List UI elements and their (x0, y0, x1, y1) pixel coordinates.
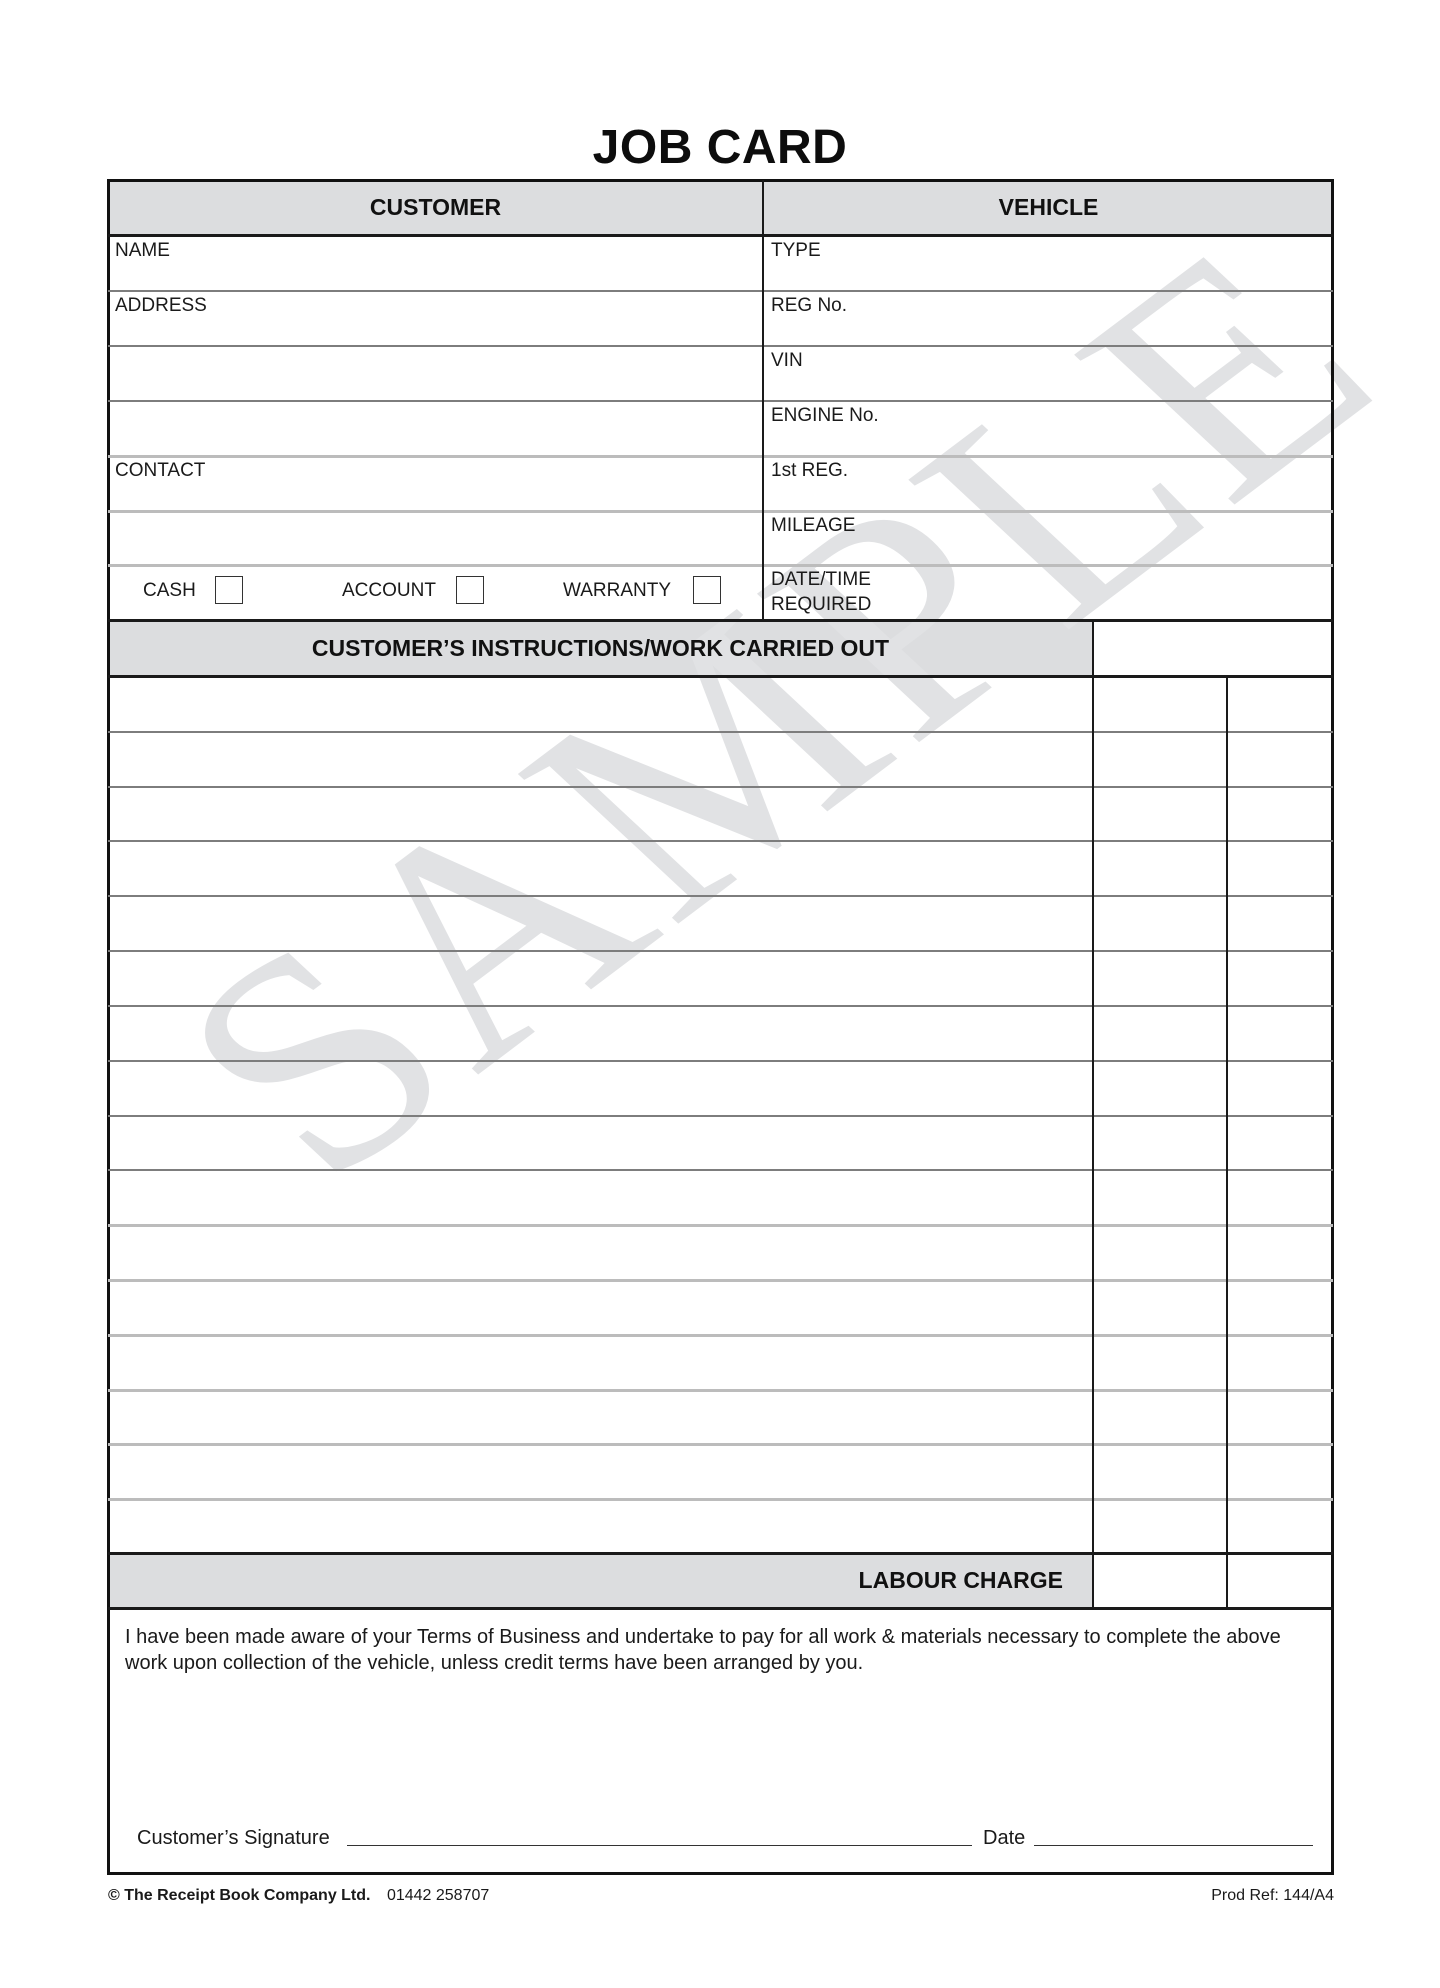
work-row[interactable] (110, 1500, 1092, 1551)
field-first-reg[interactable]: 1st REG. (771, 460, 848, 482)
row-divider (108, 455, 1333, 458)
row-divider (108, 400, 1333, 402)
amount-column-divider (1092, 621, 1094, 1608)
field-reg-no[interactable]: REG No. (771, 295, 847, 317)
field-vin[interactable]: VIN (771, 350, 803, 372)
work-row[interactable] (110, 1391, 1092, 1442)
row-divider (108, 345, 1333, 347)
warranty-label: WARRANTY (563, 580, 671, 602)
labour-bottom-divider (108, 1607, 1333, 1610)
section-divider (108, 619, 1333, 622)
field-name[interactable]: NAME (115, 240, 170, 262)
work-row[interactable] (110, 1171, 1092, 1222)
work-row[interactable] (110, 1281, 1092, 1332)
field-engine-no[interactable]: ENGINE No. (771, 405, 879, 427)
work-row[interactable] (110, 1007, 1092, 1058)
page-title: JOB CARD (0, 120, 1440, 175)
row-divider (108, 564, 1333, 567)
customer-vehicle-divider (762, 180, 764, 620)
work-row[interactable] (110, 733, 1092, 784)
work-row[interactable] (110, 1062, 1092, 1113)
customer-header: CUSTOMER (108, 194, 763, 221)
work-row[interactable] (110, 897, 1092, 948)
work-row[interactable] (110, 678, 1092, 729)
work-row[interactable] (110, 1336, 1092, 1387)
field-date-time-required-line1[interactable]: DATE/TIME (771, 569, 871, 591)
field-date-time-required-line2[interactable]: REQUIRED (771, 594, 871, 616)
terms-text: I have been made aware of your Terms of … (125, 1624, 1325, 1676)
work-row[interactable] (110, 1445, 1092, 1496)
footer-company: © The Receipt Book Company Ltd. 01442 25… (108, 1887, 489, 1905)
vehicle-header: VEHICLE (763, 194, 1334, 221)
signature-line[interactable] (347, 1845, 972, 1846)
field-mileage[interactable]: MILEAGE (771, 515, 855, 537)
cash-checkbox[interactable] (215, 576, 243, 604)
account-label: ACCOUNT (342, 580, 436, 602)
work-row[interactable] (110, 952, 1092, 1003)
company-phone: 01442 258707 (387, 1887, 489, 1904)
row-divider (108, 290, 1333, 292)
account-checkbox[interactable] (456, 576, 484, 604)
prod-ref: Prod Ref: 144/A4 (1211, 1887, 1334, 1905)
pence-column-divider (1226, 676, 1228, 1608)
field-address[interactable]: ADDRESS (115, 295, 207, 317)
date-line[interactable] (1034, 1845, 1313, 1846)
instructions-header: CUSTOMER’S INSTRUCTIONS/WORK CARRIED OUT (108, 635, 1093, 662)
company-name: © The Receipt Book Company Ltd. (108, 1887, 370, 1904)
work-row[interactable] (110, 1117, 1092, 1168)
date-label: Date (983, 1827, 1025, 1850)
header-divider (108, 234, 1333, 237)
row-divider (108, 510, 1333, 513)
field-contact[interactable]: CONTACT (115, 460, 205, 482)
signature-label: Customer’s Signature (137, 1827, 330, 1850)
cash-label: CASH (143, 580, 196, 602)
work-row[interactable] (110, 842, 1092, 893)
warranty-checkbox[interactable] (693, 576, 721, 604)
work-row[interactable] (110, 788, 1092, 839)
work-row[interactable] (110, 1226, 1092, 1277)
labour-top-divider (108, 1552, 1333, 1555)
labour-charge-label: LABOUR CHARGE (108, 1567, 1063, 1594)
field-type[interactable]: TYPE (771, 240, 821, 262)
